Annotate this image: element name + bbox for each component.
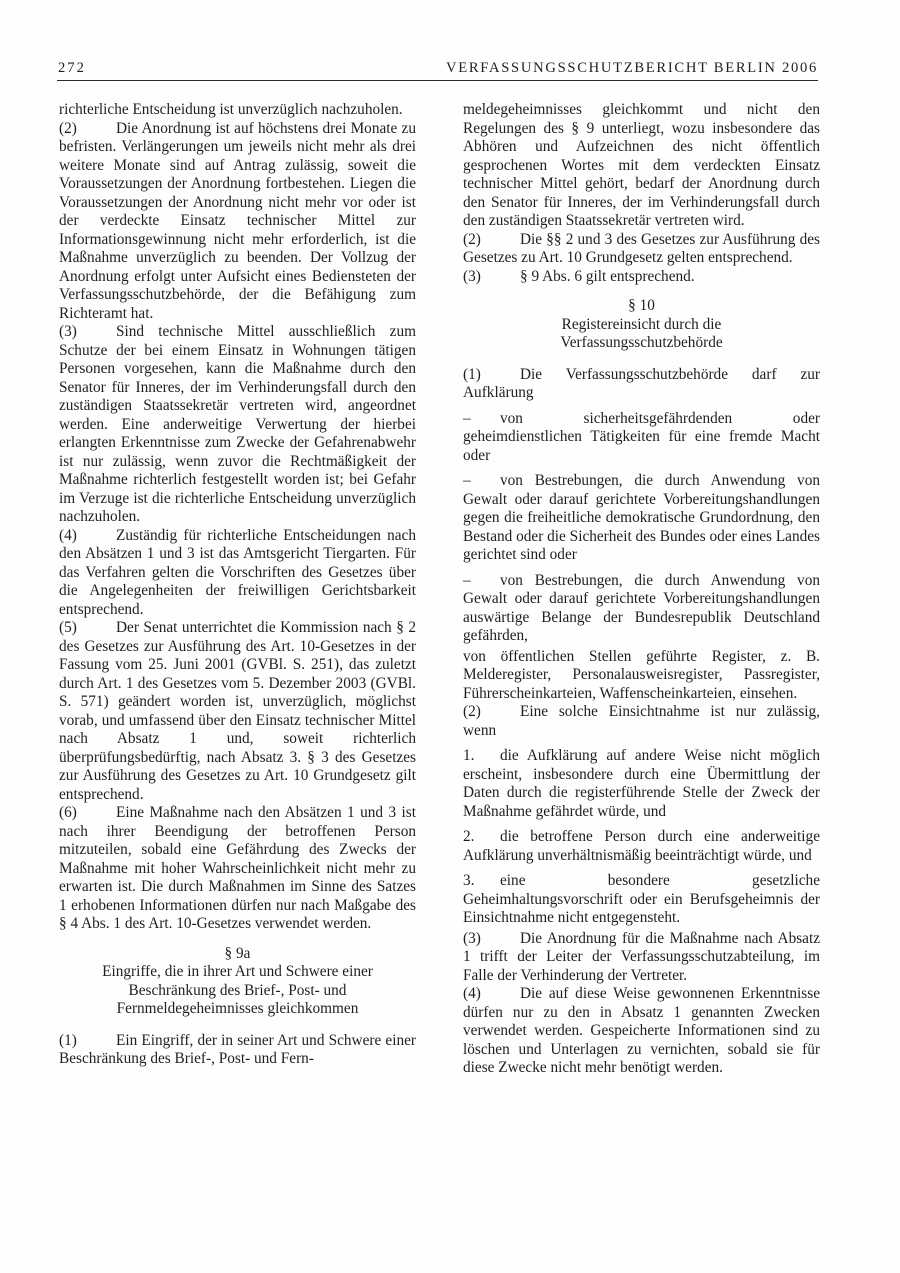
paragraph: (3)§ 9 Abs. 6 gilt entsprechend. — [463, 268, 820, 287]
paragraph-text: richterliche Entscheidung ist unverzügli… — [59, 101, 403, 118]
paragraph-text: von öffentlichen Stellen geführte Regist… — [463, 648, 820, 702]
list-marker: – — [463, 410, 500, 429]
left-column: richterliche Entscheidung ist unverzügli… — [59, 101, 416, 1078]
heading-line: Verfassungsschutzbehörde — [463, 334, 820, 353]
text-columns: richterliche Entscheidung ist unverzügli… — [59, 101, 820, 1078]
page-number: 272 — [58, 60, 86, 77]
paragraph-text: von Bestrebungen, die durch Anwendung vo… — [463, 472, 820, 563]
header-rule — [57, 80, 818, 81]
paragraph-text: von sicherheitsgefährdenden oder geheimd… — [463, 410, 820, 464]
right-column: meldegeheimnisses gleichkommt und nicht … — [463, 101, 820, 1078]
list-item: –von Bestrebungen, die durch Anwendung v… — [463, 572, 820, 646]
paragraph-text: die Aufklärung auf andere Weise nicht mö… — [463, 747, 820, 820]
paragraph-text: Eine Maßnahme nach den Absätzen 1 und 3 … — [59, 804, 416, 932]
paragraph-number: (2) — [463, 231, 520, 250]
list-item: –von Bestrebungen, die durch Anwendung v… — [463, 472, 820, 565]
list-item: –von sicherheitsgefährdenden oder geheim… — [463, 410, 820, 466]
list-item: 2.die betroffene Person durch eine ander… — [463, 828, 820, 865]
paragraph: (4)Die auf diese Weise gewonnenen Erkenn… — [463, 985, 820, 1078]
heading-line: § 9a — [59, 945, 416, 964]
paragraph-number: (3) — [463, 268, 520, 287]
paragraph-text: von Bestrebungen, die durch Anwendung vo… — [463, 572, 820, 645]
page-header: 272 VERFASSUNGSSCHUTZBERICHT BERLIN 2006 — [58, 60, 818, 77]
paragraph: richterliche Entscheidung ist unverzügli… — [59, 101, 416, 120]
paragraph: (3)Die Anordnung für die Maßnahme nach A… — [463, 930, 820, 986]
paragraph-text: Die Anordnung ist auf höchstens drei Mon… — [59, 120, 416, 322]
header-title: VERFASSUNGSSCHUTZBERICHT BERLIN 2006 — [446, 60, 818, 77]
paragraph-number: (1) — [59, 1032, 116, 1051]
list-marker: 2. — [463, 828, 500, 847]
paragraph-number: (3) — [59, 323, 116, 342]
paragraph: (2)Eine solche Einsichtnahme ist nur zul… — [463, 703, 820, 740]
paragraph: (3)Sind technische Mittel ausschließlich… — [59, 323, 416, 527]
list-marker: – — [463, 572, 500, 591]
paragraph-number: (5) — [59, 619, 116, 638]
paragraph-text: § 9 Abs. 6 gilt entsprechend. — [520, 268, 695, 285]
heading-line: § 10 — [463, 297, 820, 316]
section-heading: § 10Registereinsicht durch dieVerfassung… — [463, 297, 820, 353]
paragraph: (2)Die Anordnung ist auf höchstens drei … — [59, 120, 416, 324]
heading-line: Registereinsicht durch die — [463, 316, 820, 335]
paragraph-text: Sind technische Mittel ausschließlich zu… — [59, 323, 416, 525]
paragraph: (1)Die Verfassungsschutzbehörde darf zur… — [463, 366, 820, 403]
paragraph-text: eine besondere gesetzliche Geheimhaltung… — [463, 872, 820, 926]
heading-line: Fernmeldegeheimnisses gleichkommen — [59, 1000, 416, 1019]
list-marker: 1. — [463, 747, 500, 766]
paragraph-text: die betroffene Person durch eine anderwe… — [463, 828, 820, 864]
paragraph-text: meldegeheimnisses gleichkommt und nicht … — [463, 101, 820, 229]
paragraph-number: (1) — [463, 366, 520, 385]
document-page: 272 VERFASSUNGSSCHUTZBERICHT BERLIN 2006… — [0, 0, 900, 1273]
paragraph: (1)Ein Eingriff, der in seiner Art und S… — [59, 1032, 416, 1069]
paragraph: von öffentlichen Stellen geführte Regist… — [463, 648, 820, 704]
paragraph-number: (4) — [59, 527, 116, 546]
list-marker: – — [463, 472, 500, 491]
list-marker: 3. — [463, 872, 500, 891]
paragraph: (4)Zuständig für richterliche Entscheidu… — [59, 527, 416, 620]
paragraph-number: (3) — [463, 930, 520, 949]
section-heading: § 9aEingriffe, die in ihrer Art und Schw… — [59, 945, 416, 1019]
paragraph-number: (6) — [59, 804, 116, 823]
paragraph: meldegeheimnisses gleichkommt und nicht … — [463, 101, 820, 231]
heading-line: Eingriffe, die in ihrer Art und Schwere … — [59, 963, 416, 982]
heading-line: Beschränkung des Brief-, Post- und — [59, 982, 416, 1001]
paragraph: (2)Die §§ 2 und 3 des Gesetzes zur Ausfü… — [463, 231, 820, 268]
paragraph-text: Der Senat unterrichtet die Kommission na… — [59, 619, 416, 803]
paragraph: (5)Der Senat unterrichtet die Kommission… — [59, 619, 416, 804]
paragraph-number: (4) — [463, 985, 520, 1004]
list-item: 1.die Aufklärung auf andere Weise nicht … — [463, 747, 820, 821]
list-item: 3.eine besondere gesetzliche Geheimhaltu… — [463, 872, 820, 928]
paragraph-number: (2) — [59, 120, 116, 139]
paragraph-number: (2) — [463, 703, 520, 722]
paragraph: (6)Eine Maßnahme nach den Absätzen 1 und… — [59, 804, 416, 934]
